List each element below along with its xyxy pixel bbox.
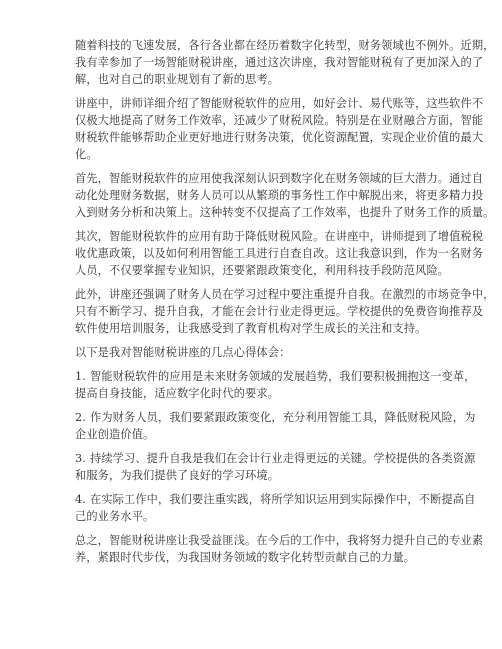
- list-text: 智能财税软件的应用是未来财务领域的发展趋势，我们要积极拥抱这一变革，: [90, 370, 475, 383]
- list-number: 4.: [75, 493, 86, 506]
- text-line: 己的业务水平。: [75, 508, 433, 525]
- text-line: 财税软件能够帮助企业更好地进行财务决策，优化资源配置，实现企业价值的最大: [75, 129, 433, 146]
- intro-paragraph: 随着科技的飞速发展，各行各业都在经历着数字化转型，财务领域也不例外。近期， 我有…: [75, 37, 433, 88]
- list-item-1: 1.智能财税软件的应用是未来财务领域的发展趋势，我们要积极拥抱这一变革， 提高自…: [75, 368, 433, 402]
- text-line: 我有幸参加了一场智能财税讲座，通过这次讲座，我对智能财税有了更加深入的了: [75, 54, 433, 71]
- text-line: 化。: [75, 146, 433, 163]
- list-number: 2.: [75, 411, 86, 424]
- list-item-3: 3.持续学习、提升自我是我们在会计行业走得更远的关键。学校提供的各类资源 和服务…: [75, 450, 433, 484]
- document-page: 随着科技的飞速发展，各行各业都在经历着数字化转型，财务领域也不例外。近期， 我有…: [0, 0, 502, 649]
- text-line: 此外，讲座还强调了财务人员在学习过程中要注重提升自我。在激烈的市场竞争中，: [75, 286, 433, 303]
- list-number: 3.: [75, 452, 86, 465]
- text-line: 以下是我对智能财税讲座的几点心得体会：: [75, 344, 433, 361]
- document-body: 随着科技的飞速发展，各行各业都在经历着数字化转型，财务领域也不例外。近期， 我有…: [75, 37, 433, 573]
- first-point-paragraph: 首先，智能财税软件的应用使我深刻认识到数字化在财务领域的巨大潜力。通过自 动化处…: [75, 170, 433, 221]
- list-text: 作为财务人员，我们要紧跟政策变化，充分利用智能工具，降低财税风险，为: [90, 411, 475, 424]
- text-line: 软件使用培训服务，让我感受到了教育机构对学生成长的关注和支持。: [75, 320, 433, 337]
- text-line: 和服务，为我们提供了良好的学习环境。: [75, 467, 433, 484]
- lecture-content-paragraph: 讲座中，讲师详细介绍了智能财税软件的应用，如好会计、易代账等，这些软件不 仅极大…: [75, 95, 433, 163]
- text-line: 提高自身技能，适应数字化时代的要求。: [75, 385, 433, 402]
- text-line: 3.持续学习、提升自我是我们在会计行业走得更远的关键。学校提供的各类资源: [75, 450, 433, 467]
- text-line: 只有不断学习、提升自我，才能在会计行业走得更远。学校提供的免费咨询推荐及: [75, 303, 433, 320]
- text-line: 解，也对自己的职业规划有了新的思考。: [75, 71, 433, 88]
- list-item-4: 4.在实际工作中，我们要注重实践，将所学知识运用到实际操作中，不断提高自 己的业…: [75, 491, 433, 525]
- list-text: 持续学习、提升自我是我们在会计行业走得更远的关键。学校提供的各类资源: [90, 452, 475, 465]
- text-line: 仅极大地提高了财务工作效率，还减少了财税风险。特别是在业财融合方面，智能: [75, 112, 433, 129]
- text-line: 养，紧跟时代步伐，为我国财务领域的数字化转型贡献自己的力量。: [75, 549, 433, 566]
- text-line: 总之，智能财税讲座让我受益匪浅。在今后的工作中，我将努力提升自己的专业素: [75, 532, 433, 549]
- second-point-paragraph: 其次，智能财税软件的应用有助于降低财税风险。在讲座中，讲师提到了增值税税 收优惠…: [75, 228, 433, 279]
- text-line: 首先，智能财税软件的应用使我深刻认识到数字化在财务领域的巨大潜力。通过自: [75, 170, 433, 187]
- list-number: 1.: [75, 370, 86, 383]
- additional-point-paragraph: 此外，讲座还强调了财务人员在学习过程中要注重提升自我。在激烈的市场竞争中， 只有…: [75, 286, 433, 337]
- list-text: 在实际工作中，我们要注重实践，将所学知识运用到实际操作中，不断提高自: [90, 493, 475, 506]
- conclusion-paragraph: 总之，智能财税讲座让我受益匪浅。在今后的工作中，我将努力提升自己的专业素 养，紧…: [75, 532, 433, 566]
- text-line: 动化处理财务数据，财务人员可以从繁琐的事务性工作中解脱出来，将更多精力投: [75, 187, 433, 204]
- text-line: 入到财务分析和决策上。这种转变不仅提高了工作效率，也提升了财务工作的质量。: [75, 204, 433, 221]
- text-line: 人员，不仅要掌握专业知识，还要紧跟政策变化，利用科技手段防范风险。: [75, 262, 433, 279]
- text-line: 2.作为财务人员，我们要紧跟政策变化，充分利用智能工具，降低财税风险，为: [75, 409, 433, 426]
- text-line: 4.在实际工作中，我们要注重实践，将所学知识运用到实际操作中，不断提高自: [75, 491, 433, 508]
- text-line: 随着科技的飞速发展，各行各业都在经历着数字化转型，财务领域也不例外。近期，: [75, 37, 433, 54]
- text-line: 讲座中，讲师详细介绍了智能财税软件的应用，如好会计、易代账等，这些软件不: [75, 95, 433, 112]
- text-line: 收优惠政策，以及如何利用智能工具进行自查自改。这让我意识到，作为一名财务: [75, 245, 433, 262]
- list-intro-paragraph: 以下是我对智能财税讲座的几点心得体会：: [75, 344, 433, 361]
- text-line: 企业创造价值。: [75, 426, 433, 443]
- list-item-2: 2.作为财务人员，我们要紧跟政策变化，充分利用智能工具，降低财税风险，为 企业创…: [75, 409, 433, 443]
- text-line: 1.智能财税软件的应用是未来财务领域的发展趋势，我们要积极拥抱这一变革，: [75, 368, 433, 385]
- text-line: 其次，智能财税软件的应用有助于降低财税风险。在讲座中，讲师提到了增值税税: [75, 228, 433, 245]
